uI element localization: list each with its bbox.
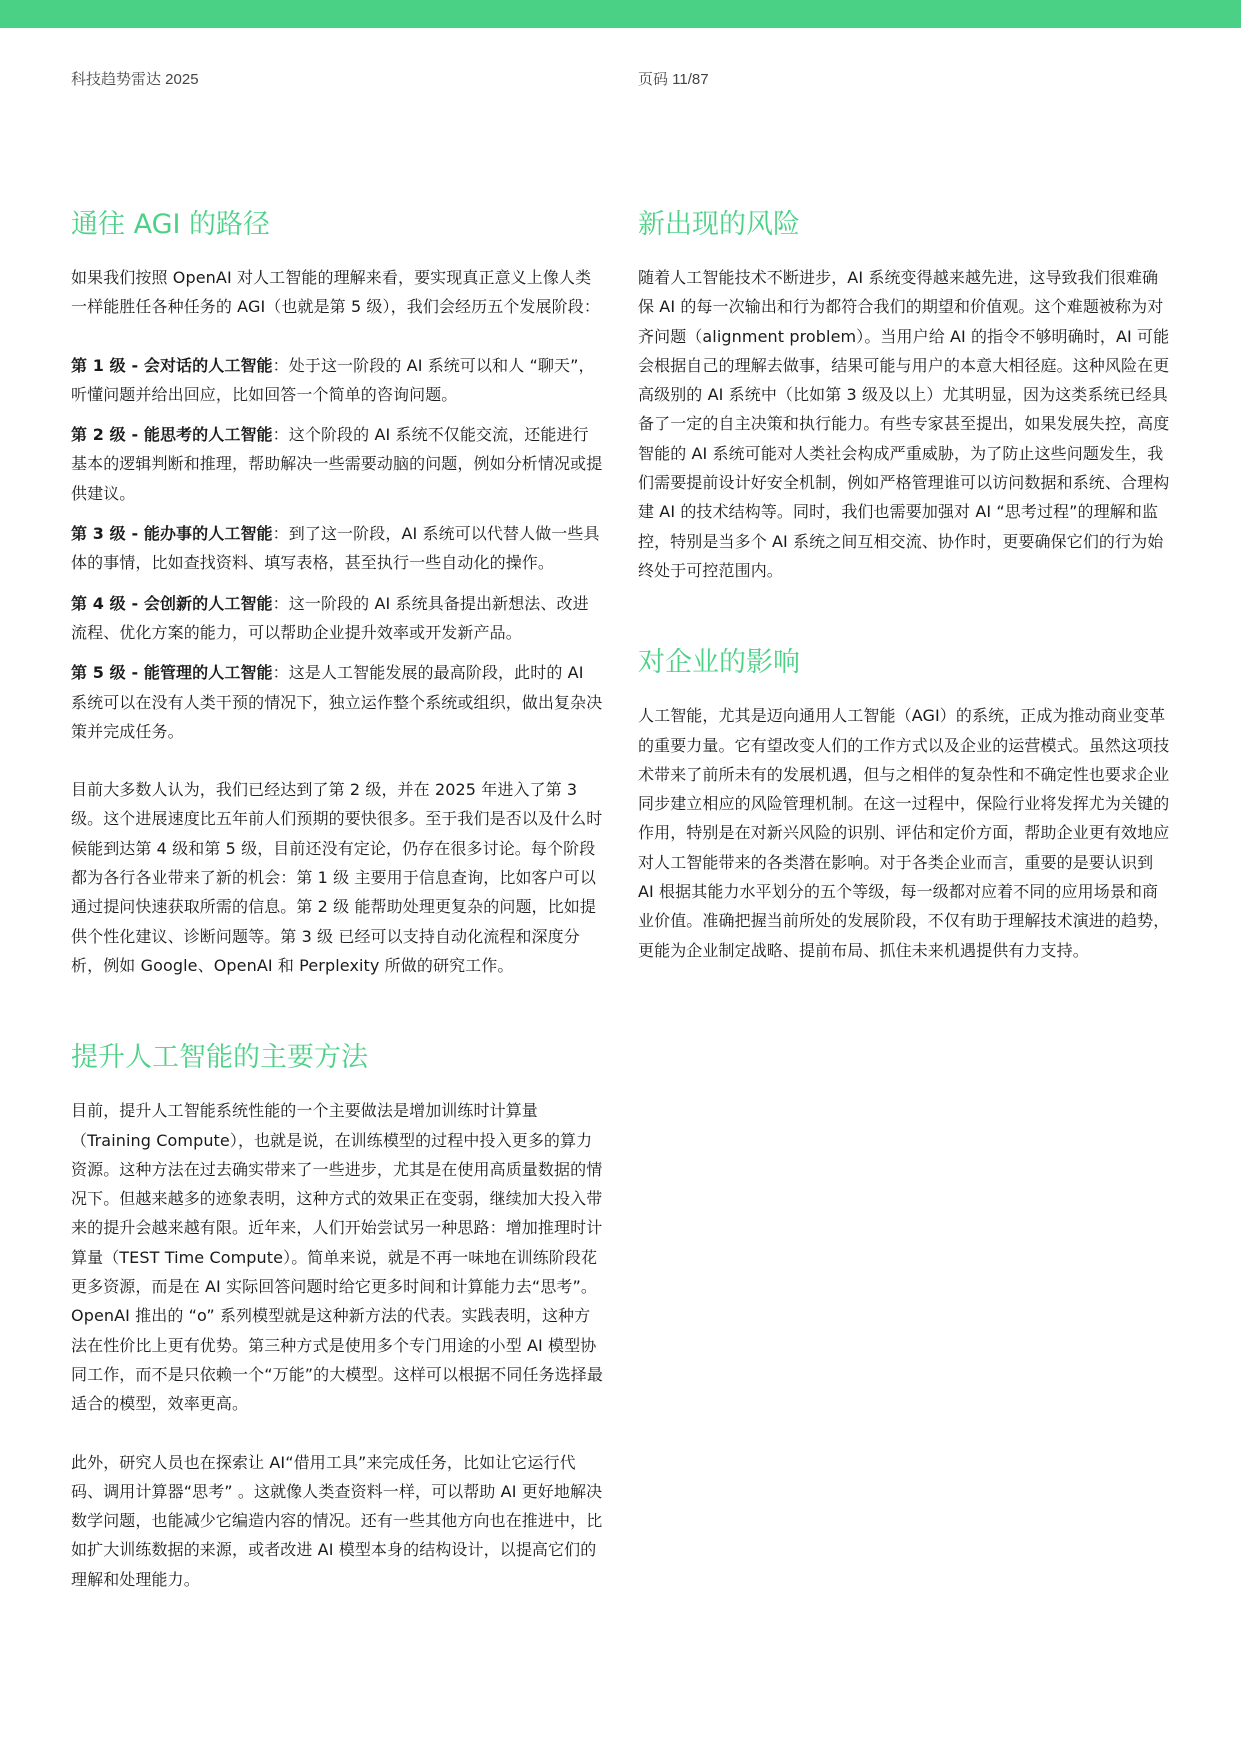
level-2-label: 第 2 级 - 能思考的人工智能 — [71, 425, 273, 444]
level-4-label: 第 4 级 - 会创新的人工智能 — [71, 594, 273, 613]
section-title-business-impact: 对企业的影响 — [638, 643, 1170, 683]
level-4-item: 第 4 级 - 会创新的人工智能：这一阶段的 AI 系统具备提出新想法、改进流程… — [71, 589, 603, 648]
business-impact-paragraph: 人工智能，尤其是迈向通用人工智能（AGI）的系统，正成为推动商业变革的重要力量。… — [638, 701, 1170, 965]
level-1-label: 第 1 级 - 会对话的人工智能 — [71, 356, 273, 375]
level-5-label: 第 5 级 - 能管理的人工智能 — [71, 663, 273, 682]
agi-conclusion-paragraph: 目前大多数人认为，我们已经达到了第 2 级，并在 2025 年进入了第 3 级。… — [71, 775, 603, 980]
top-accent-bar — [0, 0, 1241, 28]
risks-paragraph: 随着人工智能技术不断进步，AI 系统变得越来越先进，这导致我们很难确保 AI 的… — [638, 263, 1170, 585]
level-3-item: 第 3 级 - 能办事的人工智能：到了这一阶段，AI 系统可以代替人做一些具体的… — [71, 519, 603, 578]
section-title-improvement-methods: 提升人工智能的主要方法 — [71, 1038, 603, 1078]
left-column: 通往 AGI 的路径 如果我们按照 OpenAI 对人工智能的理解来看，要实现真… — [71, 205, 603, 1594]
methods-paragraph-2: 此外，研究人员也在探索让 AI“借用工具”来完成任务，比如让它运行代码、调用计算… — [71, 1448, 603, 1594]
level-5-item: 第 5 级 - 能管理的人工智能：这是人工智能发展的最高阶段，此时的 AI 系统… — [71, 658, 603, 746]
section-title-agi-path: 通往 AGI 的路径 — [71, 205, 603, 245]
agi-intro-paragraph: 如果我们按照 OpenAI 对人工智能的理解来看，要实现真正意义上像人类一样能胜… — [71, 263, 603, 322]
level-2-item: 第 2 级 - 能思考的人工智能：这个阶段的 AI 系统不仅能交流，还能进行基本… — [71, 420, 603, 508]
level-3-label: 第 3 级 - 能办事的人工智能 — [71, 524, 273, 543]
right-column: 新出现的风险 随着人工智能技术不断进步，AI 系统变得越来越先进，这导致我们很难… — [638, 205, 1170, 965]
document-title-header: 科技趋势雷达 2025 — [71, 68, 199, 89]
page-number-header: 页码 11/87 — [638, 68, 709, 89]
section-title-emerging-risks: 新出现的风险 — [638, 205, 1170, 245]
level-1-item: 第 1 级 - 会对话的人工智能：处于这一阶段的 AI 系统可以和人 “聊天”，… — [71, 351, 603, 410]
methods-paragraph-1: 目前，提升人工智能系统性能的一个主要做法是增加训练时计算量（Training C… — [71, 1096, 603, 1418]
